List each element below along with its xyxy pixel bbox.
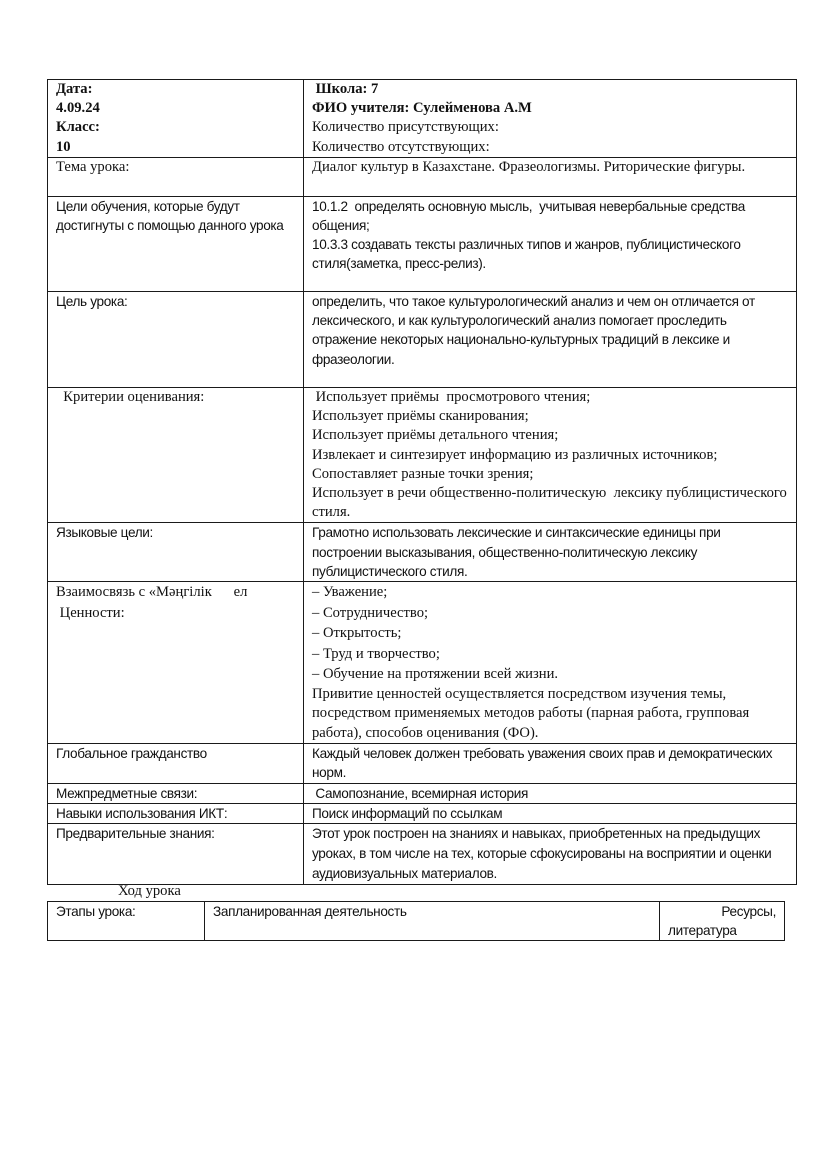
planned-activity-column-header: Запланированная деятельность	[205, 902, 660, 941]
language-goals-row: Языковые цели: Грамотно использовать лек…	[48, 523, 797, 582]
prior-knowledge-value: Этот урок построен на знаниях и навыках,…	[304, 824, 797, 885]
school-teacher-cell: Школа: 7 ФИО учителя: Сулейменова А.М Ко…	[304, 80, 797, 158]
lesson-plan-table: Дата: 4.09.24 Класс: 10 Школа: 7 ФИО учи…	[47, 79, 797, 885]
global-citizenship-row: Глобальное гражданство Каждый человек до…	[48, 744, 797, 784]
values-value: – Уважение; – Сотрудничество; – Открытос…	[304, 582, 797, 744]
value-item: – Уважение;	[312, 582, 788, 603]
lesson-goal-row: Цель урока: определить, что такое культу…	[48, 292, 797, 388]
cross-curricular-row: Межпредметные связи: Самопознание, всеми…	[48, 784, 797, 804]
lesson-stages-table: Этапы урока: Запланированная деятельност…	[47, 901, 785, 941]
learning-objectives-row: Цели обучения, которые будут достигнуты …	[48, 197, 797, 292]
assessment-criteria-value: Использует приёмы просмотрового чтения; …	[304, 388, 797, 523]
present-count-label: Количество присутствующих:	[312, 118, 788, 137]
values-label-line1: Взаимосвязь с «Мәңгілік ел	[56, 582, 295, 603]
resources-header-line2: литература	[668, 921, 776, 940]
values-label: Взаимосвязь с «Мәңгілік ел Ценности:	[48, 582, 304, 744]
values-row: Взаимосвязь с «Мәңгілік ел Ценности: – У…	[48, 582, 797, 744]
prior-knowledge-label: Предварительные знания:	[48, 824, 304, 885]
lesson-goal-value: определить, что такое культурологический…	[304, 292, 797, 388]
value-item: – Сотрудничество;	[312, 603, 788, 624]
global-citizenship-label: Глобальное гражданство	[48, 744, 304, 784]
date-label: Дата:	[56, 80, 295, 99]
topic-row: Тема урока: Диалог культур в Казахстане.…	[48, 158, 797, 197]
objective-item: 10.1.2 определять основную мысль, учитыв…	[312, 197, 788, 235]
ict-skills-row: Навыки использования ИКТ: Поиск информац…	[48, 804, 797, 824]
school-name: Школа: 7	[312, 80, 788, 99]
stages-header-row: Этапы урока: Запланированная деятельност…	[48, 902, 785, 941]
date-value: 4.09.24	[56, 99, 295, 118]
assessment-criteria-label-text: Критерии оценивания:	[56, 388, 295, 407]
objective-item: 10.3.3 создавать тексты различных типов …	[312, 235, 788, 273]
resources-column-header: Ресурсы, литература	[660, 902, 785, 941]
learning-objectives-label: Цели обучения, которые будут достигнуты …	[48, 197, 304, 292]
criterion-item: Извлекает и синтезирует информацию из ра…	[312, 446, 788, 465]
stages-column-header: Этапы урока:	[48, 902, 205, 941]
class-value: 10	[56, 138, 295, 157]
criterion-item: Сопоставляет разные точки зрения;	[312, 465, 788, 484]
cross-curricular-label: Межпредметные связи:	[48, 784, 304, 804]
ict-skills-value: Поиск информаций по ссылкам	[304, 804, 797, 824]
header-row: Дата: 4.09.24 Класс: 10 Школа: 7 ФИО учи…	[48, 80, 797, 158]
prior-knowledge-row: Предварительные знания: Этот урок постро…	[48, 824, 797, 885]
date-class-cell: Дата: 4.09.24 Класс: 10	[48, 80, 304, 158]
assessment-criteria-row: Критерии оценивания: Использует приёмы п…	[48, 388, 797, 523]
value-item: – Открытость;	[312, 623, 788, 644]
assessment-criteria-label: Критерии оценивания:	[48, 388, 304, 523]
learning-objectives-label-text: Цели обучения, которые будут достигнуты …	[56, 197, 295, 235]
cross-curricular-value: Самопознание, всемирная история	[304, 784, 797, 804]
global-citizenship-value: Каждый человек должен требовать уважения…	[304, 744, 797, 784]
lesson-flow-title: Ход урока	[118, 882, 181, 901]
criterion-item: Использует в речи общественно-политическ…	[312, 484, 788, 522]
value-item: – Труд и творчество;	[312, 644, 788, 665]
lesson-goal-label: Цель урока:	[48, 292, 304, 388]
teacher-name: ФИО учителя: Сулейменова А.М	[312, 99, 788, 118]
document-page: Дата: 4.09.24 Класс: 10 Школа: 7 ФИО учи…	[0, 0, 827, 1170]
class-label: Класс:	[56, 118, 295, 137]
criterion-item: Использует приёмы детального чтения;	[312, 426, 788, 445]
criterion-item: Использует приёмы сканирования;	[312, 407, 788, 426]
language-goals-value: Грамотно использовать лексические и синт…	[304, 523, 797, 582]
absent-count-label: Количество отсутствующих:	[312, 138, 788, 157]
topic-label: Тема урока:	[48, 158, 304, 197]
resources-header-line1: Ресурсы,	[668, 902, 776, 921]
topic-value: Диалог культур в Казахстане. Фразеологиз…	[304, 158, 797, 197]
values-note: Привитие ценностей осуществляется посред…	[312, 685, 788, 744]
value-item: – Обучение на протяжении всей жизни.	[312, 664, 788, 685]
ict-skills-label: Навыки использования ИКТ:	[48, 804, 304, 824]
language-goals-label: Языковые цели:	[48, 523, 304, 582]
values-label-line2: Ценности:	[56, 603, 295, 624]
criterion-item: Использует приёмы просмотрового чтения;	[312, 388, 788, 407]
learning-objectives-value: 10.1.2 определять основную мысль, учитыв…	[304, 197, 797, 292]
